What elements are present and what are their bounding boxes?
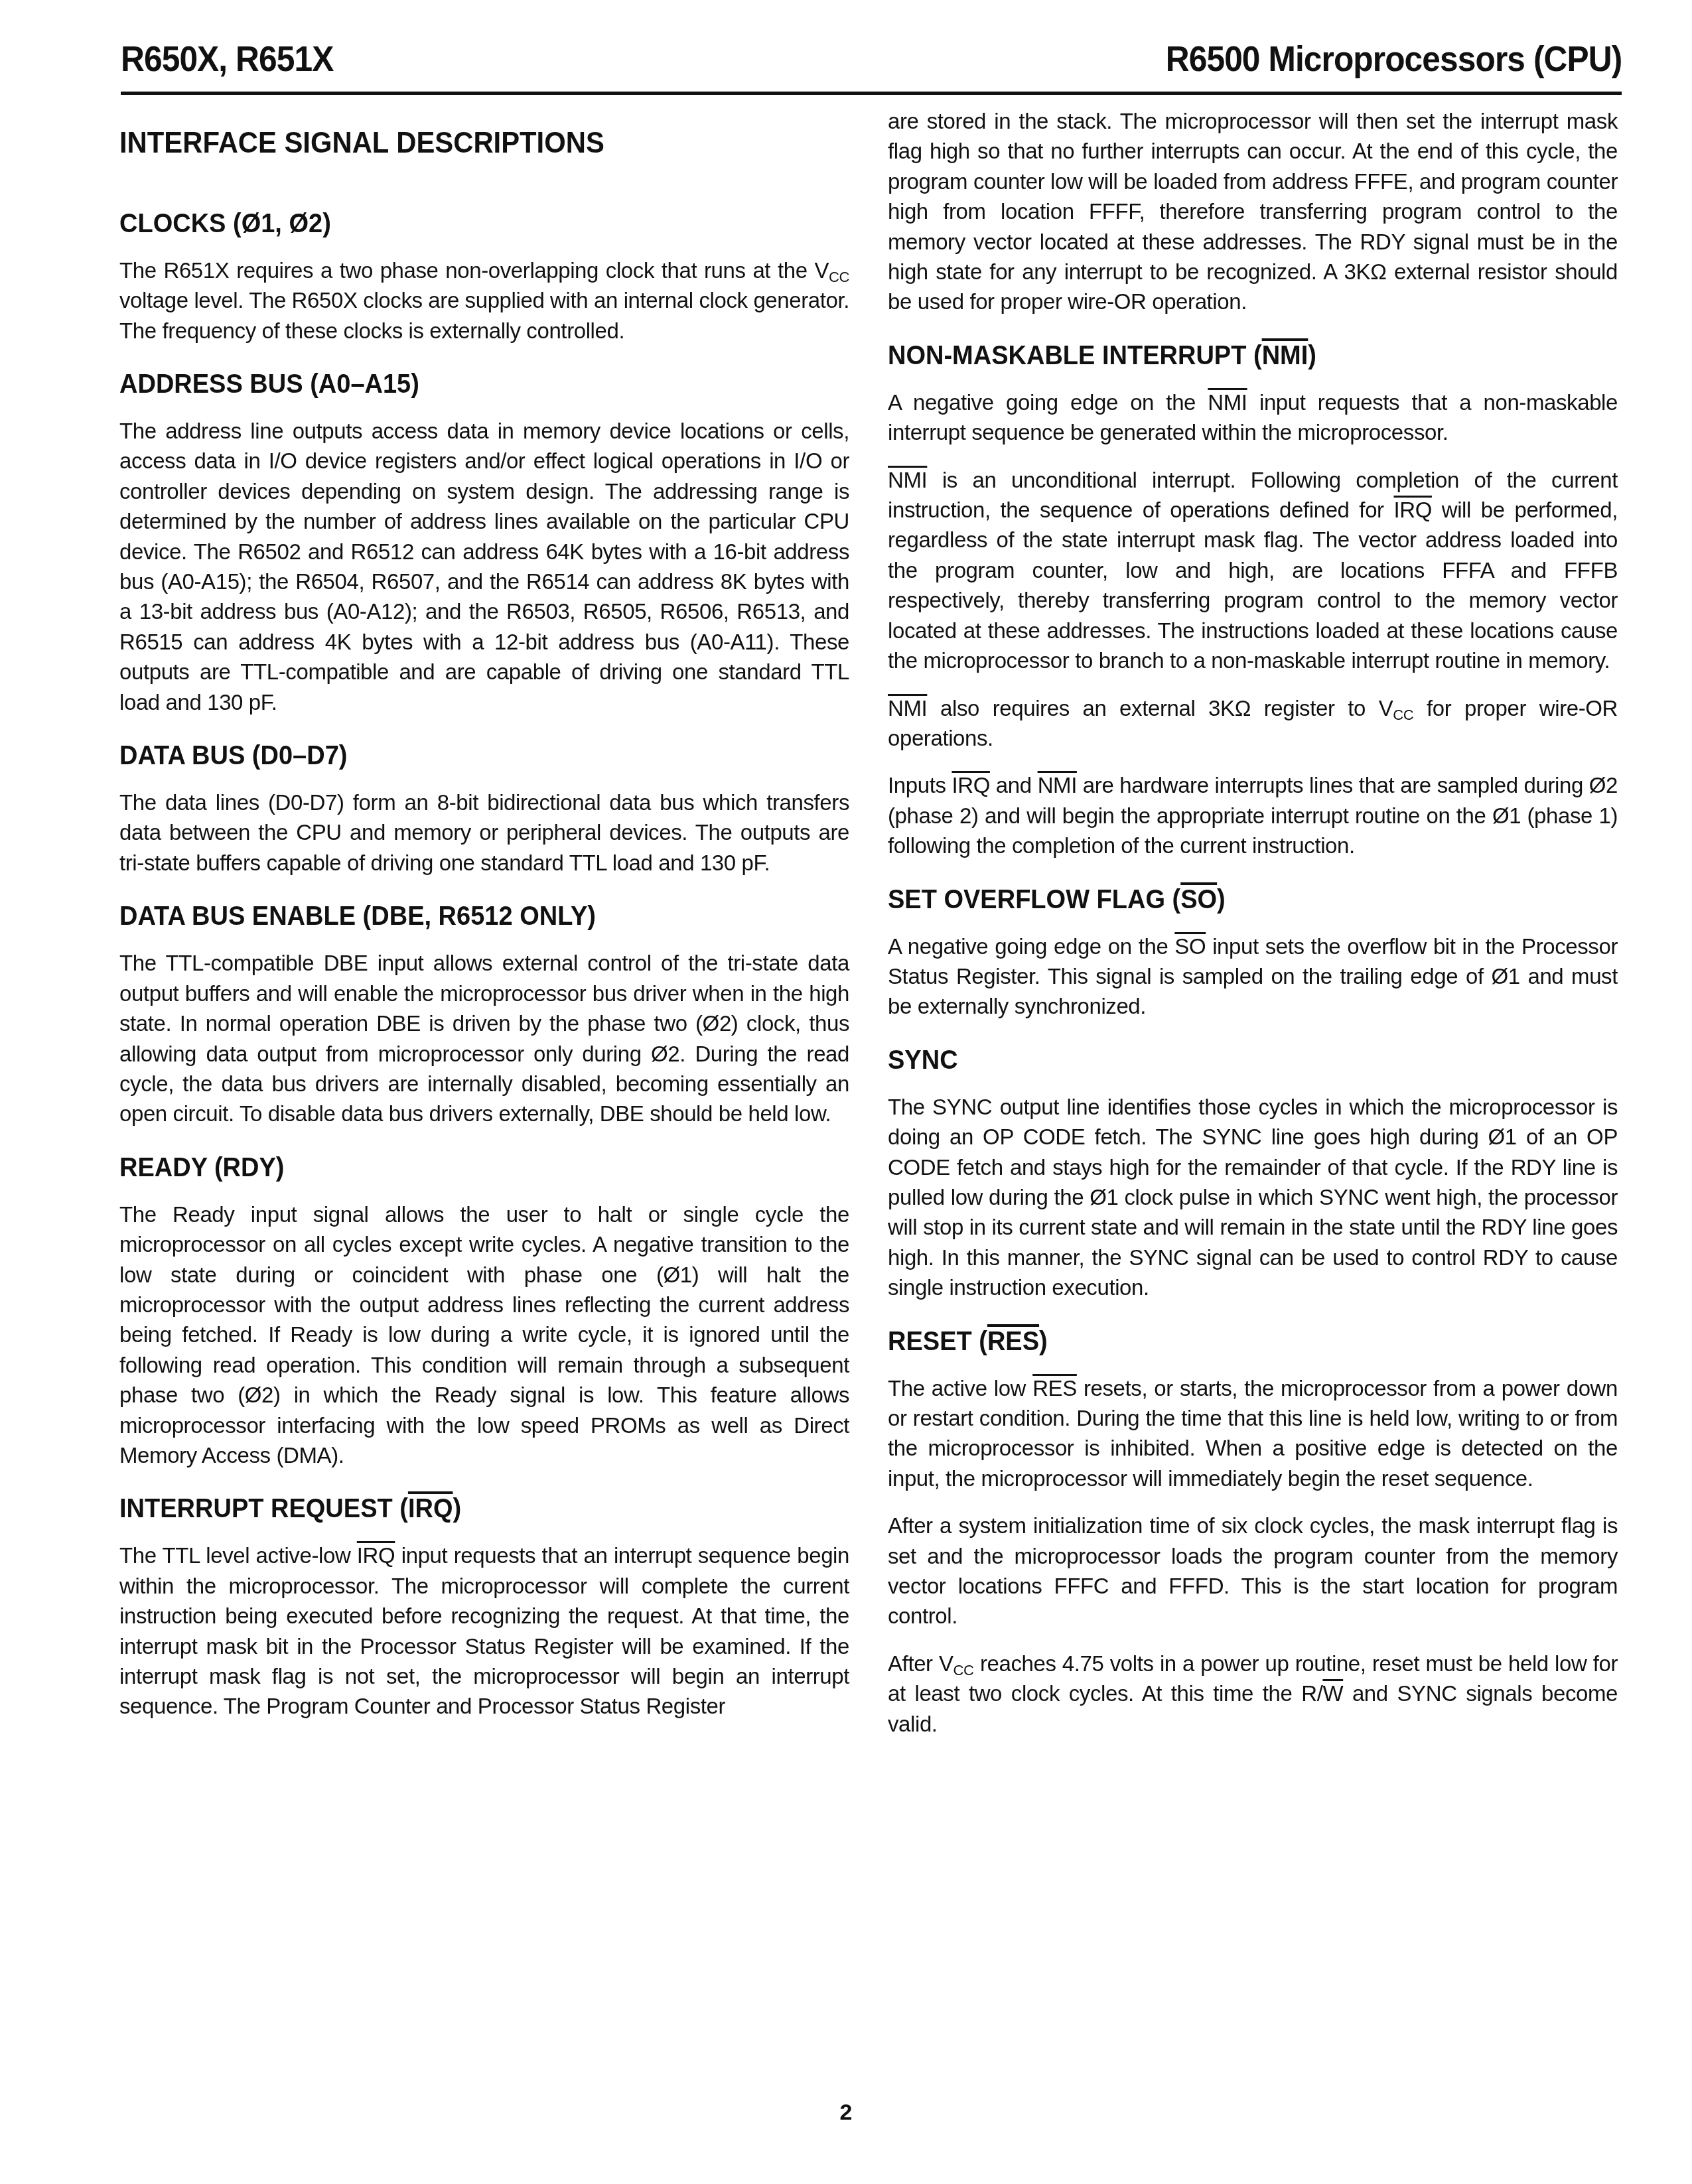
body-paragraph: The TTL-compatible DBE input allows exte… — [119, 948, 849, 1128]
body-paragraph: The active low RES resets, or starts, th… — [888, 1373, 1618, 1494]
body-paragraph: NMI also requires an external 3KΩ regist… — [888, 693, 1618, 754]
body-paragraph: The address line outputs access data in … — [119, 416, 849, 717]
section-heading: DATA BUS ENABLE (DBE, R6512 ONLY) — [119, 900, 813, 932]
body-paragraph: The TTL level active-low IRQ input reque… — [119, 1540, 849, 1721]
body-paragraph: Inputs IRQ and NMI are hardware interrup… — [888, 770, 1618, 860]
signal-section: ADDRESS BUS (A0–A15)The address line out… — [119, 368, 849, 717]
body-paragraph: After a system initialization time of si… — [888, 1511, 1618, 1631]
body-paragraph: The R651X requires a two phase non-overl… — [119, 255, 849, 346]
page-number: 2 — [0, 2100, 1692, 2126]
body-paragraph: The Ready input signal allows the user t… — [119, 1199, 849, 1471]
header-part-numbers: R650X, R651X — [121, 41, 333, 77]
body-paragraph: NMI is an unconditional interrupt. Follo… — [888, 465, 1618, 676]
left-column: INTERFACE SIGNAL DESCRIPTIONS CLOCKS (Ø1… — [119, 106, 849, 1744]
section-heading: INTERRUPT REQUEST (IRQ) — [119, 1493, 813, 1525]
body-paragraph: A negative going edge on the SO input se… — [888, 931, 1618, 1022]
section-heading: CLOCKS (Ø1, Ø2) — [119, 208, 813, 239]
section-heading: RESET (RES) — [888, 1326, 1581, 1357]
document-title: INTERFACE SIGNAL DESCRIPTIONS — [119, 126, 813, 161]
header-divider — [121, 92, 1622, 95]
signal-section: INTERRUPT REQUEST (IRQ)The TTL level act… — [119, 1493, 849, 1721]
header-document-title: R6500 Microprocessors (CPU) — [1166, 41, 1622, 77]
signal-section: DATA BUS (D0–D7)The data lines (D0-D7) f… — [119, 740, 849, 878]
signal-section: CLOCKS (Ø1, Ø2)The R651X requires a two … — [119, 208, 849, 346]
section-heading: NON-MASKABLE INTERRUPT (NMI) — [888, 340, 1581, 372]
right-sections: are stored in the stack. The microproces… — [888, 106, 1618, 1739]
right-column: are stored in the stack. The microproces… — [888, 106, 1618, 1761]
signal-section: are stored in the stack. The microproces… — [888, 106, 1618, 317]
body-paragraph: The data lines (D0-D7) form an 8-bit bid… — [119, 787, 849, 878]
section-heading: SYNC — [888, 1044, 1581, 1076]
signal-section: SYNCThe SYNC output line identifies thos… — [888, 1044, 1618, 1303]
signal-section: RESET (RES)The active low RES resets, or… — [888, 1326, 1618, 1739]
body-paragraph: A negative going edge on the NMI input r… — [888, 387, 1618, 448]
section-heading: DATA BUS (D0–D7) — [119, 740, 813, 772]
signal-section: DATA BUS ENABLE (DBE, R6512 ONLY)The TTL… — [119, 900, 849, 1128]
body-paragraph: are stored in the stack. The microproces… — [888, 106, 1618, 317]
signal-section: NON-MASKABLE INTERRUPT (NMI)A negative g… — [888, 340, 1618, 861]
left-sections: CLOCKS (Ø1, Ø2)The R651X requires a two … — [119, 208, 849, 1722]
signal-section: READY (RDY)The Ready input signal allows… — [119, 1152, 849, 1471]
section-heading: SET OVERFLOW FLAG (SO) — [888, 884, 1581, 916]
body-paragraph: The SYNC output line identifies those cy… — [888, 1092, 1618, 1303]
section-heading: ADDRESS BUS (A0–A15) — [119, 368, 813, 400]
page-header: R650X, R651X R6500 Microprocessors (CPU) — [121, 41, 1622, 94]
section-heading: READY (RDY) — [119, 1152, 813, 1184]
signal-section: SET OVERFLOW FLAG (SO)A negative going e… — [888, 884, 1618, 1022]
body-paragraph: After VCC reaches 4.75 volts in a power … — [888, 1649, 1618, 1739]
